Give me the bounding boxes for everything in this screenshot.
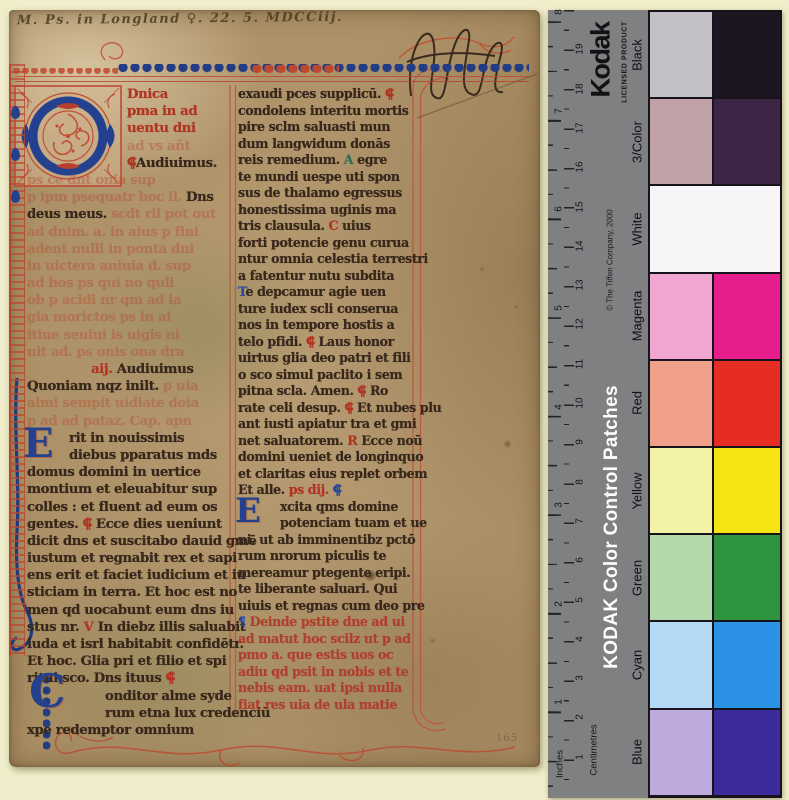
text-segment: honestissima uginis ma xyxy=(238,202,396,217)
manuscript-text-line: rate celi desup. ⸿ Et nubes plu xyxy=(238,400,424,417)
cm-number: 9 xyxy=(575,440,586,446)
text-segment: Dns ituus xyxy=(94,671,166,686)
text-segment: a fatentur nutu subdita xyxy=(238,268,394,283)
manuscript-text-line: potenciam tuam et ue xyxy=(280,515,424,532)
manuscript-text-line: domus domini in uertice xyxy=(27,464,239,481)
text-segment: C xyxy=(328,218,342,233)
inch-ticks-quarter xyxy=(548,10,553,798)
manuscript-text-line: condolens interitu mortis xyxy=(238,103,424,120)
manuscript-text-line: Et alle. ps dij. ⸿ xyxy=(238,482,424,499)
manuscript-text-line: te liberante saluari. Qui xyxy=(238,581,424,598)
manuscript-text-line: p ipm psequatr hoc il. Dns xyxy=(27,189,239,206)
text-segment: egre xyxy=(357,152,387,167)
text-segment: uirtus glia deo patri et fili xyxy=(238,350,411,365)
text-segment: net saluatorem. xyxy=(238,433,347,448)
patch-row-green xyxy=(650,535,780,620)
manuscript-text-line: tris clausula. C uius xyxy=(238,218,424,235)
text-segment: itiue seuiui is uigis ni xyxy=(27,328,179,343)
text-segment: ⸿ xyxy=(127,156,136,171)
text-segment: R xyxy=(347,433,361,448)
text-segment: Et nubes plu xyxy=(357,400,441,415)
manuscript-text-line: exaudi pces supplicū. ⸿ xyxy=(238,86,424,103)
patch-row-red xyxy=(650,361,780,446)
manuscript-text-line: sticiam in terra. Et hoc est no xyxy=(27,584,239,601)
text-segment: uiuis et regnas cum deo pre xyxy=(238,598,425,613)
color-patch-green-saturated xyxy=(714,535,780,620)
text-segment: exaudi pces supplicū. xyxy=(238,86,385,101)
stain xyxy=(514,304,519,309)
text-segment: ad hos ps qui no quli xyxy=(27,276,174,291)
cm-number: 11 xyxy=(575,358,586,368)
blue-border-ornament xyxy=(11,190,20,203)
text-segment: dicit dns et suscitabo dauid gmē xyxy=(27,534,257,549)
color-patch-red-tint xyxy=(650,361,712,446)
text-segment: men qd uocabunt eum dns iu xyxy=(27,603,234,618)
top-flourish xyxy=(101,37,514,60)
illuminated-initial-e: E xyxy=(23,424,54,464)
color-patch-grid xyxy=(648,10,782,798)
cm-number: 16 xyxy=(575,162,586,173)
text-segment: gentes. xyxy=(27,517,83,532)
blue-border-ornament xyxy=(11,148,20,161)
cm-number: 4 xyxy=(575,636,586,642)
manuscript-text-line: mereamur ptegente eripi. xyxy=(238,565,424,582)
manuscript-text-line: reis remedium. A egre xyxy=(238,152,424,169)
patch-label-green: Green xyxy=(630,560,645,596)
manuscript-text-line: fiat res uia de ula matie xyxy=(238,697,424,714)
manuscript-text-line: stus nr. V In diebz illis saluabit xyxy=(27,619,239,636)
text-segment: diebus pparatus mds xyxy=(69,448,217,463)
manuscript-text-line: ntur omnia celestia terrestri xyxy=(238,251,424,268)
text-segment: scdt ril pot out xyxy=(111,207,216,222)
color-patch-black-saturated xyxy=(714,12,780,97)
manuscript-text-line: gentes. ⸿ Ecce dies ueniunt xyxy=(27,516,239,533)
text-segment: o sco simul paclito i sem xyxy=(238,367,402,382)
text-segment: ⸿ xyxy=(344,400,357,415)
color-patch-blue-saturated xyxy=(714,710,780,795)
illuminated-initial-c: C xyxy=(29,668,66,714)
manuscript-text-line: dicit dns et suscitabo dauid gmē xyxy=(27,533,239,550)
inches-label: Inches xyxy=(555,750,566,778)
text-segment: mereamur ptegente eripi. xyxy=(238,565,410,580)
cm-number: 2 xyxy=(575,715,586,721)
text-segment: ad vs añt xyxy=(127,139,190,154)
manuscript-text-line: ture iudex scli conserua xyxy=(238,301,424,318)
blue-border-ornament xyxy=(11,106,20,119)
cm-number: 17 xyxy=(575,122,586,133)
color-patch-cyan-tint xyxy=(650,622,712,707)
text-segment: Quoniam nqz inilt. xyxy=(27,379,163,394)
text-segment: V xyxy=(84,620,98,635)
text-segment: tris clausula. xyxy=(238,218,328,233)
manuscript-text-line: uentu dni xyxy=(127,120,239,137)
text-segment: reis remedium. xyxy=(238,152,344,167)
manuscript-text-line: pma in ad xyxy=(127,103,239,120)
text-segment: nit ad. ps onis ona dra xyxy=(27,345,184,360)
color-patch-3/color-tint xyxy=(650,99,712,184)
cm-number: 1 xyxy=(575,754,586,760)
text-segment: p uia xyxy=(163,379,198,394)
manuscript-text-line: onditor alme syde xyxy=(105,688,239,705)
stain xyxy=(429,638,436,644)
text-segment: p ipm psequatr hoc il. xyxy=(27,190,186,205)
cm-number: 13 xyxy=(575,280,586,291)
manuscript-text-line: net saluatorem. R Ecce noū xyxy=(238,433,424,450)
text-segment: adiu qd psit in nobis et te xyxy=(238,664,408,679)
text-segment: iuda et isrl habitabit confidētr. xyxy=(27,637,244,652)
text-segment: Ecce dies ueniunt xyxy=(96,517,222,532)
patch-label-yellow: Yellow xyxy=(630,472,645,509)
cm-ticks-half xyxy=(564,10,569,798)
manuscript-text-line: almi sempit uidiate doia xyxy=(27,395,239,412)
licensed-product-label: LICENSED PRODUCT xyxy=(622,21,629,103)
color-patch-3/color-saturated xyxy=(714,99,780,184)
manuscript-text-line: itiue seuiui is uigis ni xyxy=(27,327,239,344)
cm-number: 14 xyxy=(575,240,586,251)
color-patch-green-tint xyxy=(650,535,712,620)
inch-number: 7 xyxy=(554,108,565,114)
text-segment: onditor alme syde xyxy=(105,689,232,704)
text-segment: nos in tempore hostis a xyxy=(238,317,394,332)
manuscript-text-line: ad dnim. a. in aius p fini xyxy=(27,224,239,241)
manuscript-page: M. Ps. in Longland ♀. 22. 5. MDCCiij. Dn… xyxy=(9,10,540,767)
text-segment: domus domini in uertice xyxy=(27,465,201,480)
manuscript-text-line: nebis eam. uat ipsi nulla xyxy=(238,680,424,697)
cm-number: 3 xyxy=(575,675,586,681)
patch-row-white xyxy=(650,186,780,271)
color-patch-red-saturated xyxy=(714,361,780,446)
manuscript-text-line: colles : et fluent ad eum os xyxy=(27,499,239,516)
manuscript-text-line: dum langwidum donās xyxy=(238,136,424,153)
manuscript-text-line: forti potencie genu curua xyxy=(238,235,424,252)
manuscript-text-line: rit in nouissimis xyxy=(69,430,239,447)
manuscript-text-line: o sco simul paclito i sem xyxy=(238,367,424,384)
text-segment: domini ueniet de longinquo xyxy=(238,449,423,464)
patch-row-blue xyxy=(650,710,780,795)
manuscript-text-line: sus de thalamo egressus xyxy=(238,185,424,202)
text-segment: condolens interitu mortis xyxy=(238,103,408,118)
manuscript-text-line: xpe redemptor omnium xyxy=(27,722,239,739)
text-segment: ps dij. xyxy=(289,482,333,497)
text-segment: dum langwidum donās xyxy=(238,136,390,151)
text-segment: in uictera aniuia d. sup xyxy=(27,259,191,274)
text-segment: Audiuimus xyxy=(117,362,194,377)
text-segment: adent nulli in ponta dni xyxy=(27,242,194,257)
text-segment: ⸿ xyxy=(166,671,175,686)
stain xyxy=(479,266,485,272)
text-segment: te liberante saluari. Qui xyxy=(238,581,397,596)
cm-number: 15 xyxy=(575,201,586,212)
text-segment: xcita qms domine xyxy=(280,499,398,514)
kodak-color-control-target: Kodak LICENSED PRODUCT © The Tiffen Comp… xyxy=(548,10,782,798)
cm-number: 10 xyxy=(575,397,586,408)
patch-label-3-color: 3/Color xyxy=(630,121,645,163)
manuscript-text-line: gia morictos ps in ai xyxy=(27,309,239,326)
text-segment: gia morictos ps in ai xyxy=(27,310,171,325)
manuscript-middle-column: exaudi pces supplicū. ⸿condolens interit… xyxy=(238,86,424,713)
text-segment: forti potencie genu curua xyxy=(238,235,409,250)
patch-row-cyan xyxy=(650,622,780,707)
manuscript-text-line: aij. Audiuimus xyxy=(91,361,239,378)
text-segment: A xyxy=(344,152,357,167)
inch-number: 3 xyxy=(554,502,565,508)
manuscript-text-line: adiu qd psit in nobis et te xyxy=(238,664,424,681)
text-segment: potenciam tuam et ue xyxy=(280,515,427,530)
manuscript-text-line: Quoniam nqz inilt. p uia xyxy=(27,378,239,395)
text-segment: uius xyxy=(342,218,371,233)
manuscript-text-line: ps ce dnt onia sup xyxy=(27,172,239,189)
text-segment: te mundi uespe uti spon xyxy=(238,169,400,184)
manuscript-text-line: in uictera aniuia d. sup xyxy=(27,258,239,275)
manuscript-text-line: Dnica xyxy=(127,86,239,103)
text-segment: e depcamur agie uen xyxy=(246,284,386,299)
text-segment: Ecce noū xyxy=(361,433,422,448)
inch-number: 6 xyxy=(554,207,565,213)
text-segment: ⸿ xyxy=(306,334,319,349)
manuscript-text-line: rum nrorum piculis te xyxy=(238,548,424,565)
patch-label-blue: Blue xyxy=(630,739,645,765)
kodak-logo: Kodak xyxy=(586,22,617,97)
text-segment: et claritas eius replet orbem xyxy=(238,466,427,481)
manuscript-text-line: et claritas eius replet orbem xyxy=(238,466,424,483)
copyright-text: © The Tiffen Company, 2000 xyxy=(606,209,615,311)
text-segment: ⸿ xyxy=(333,482,342,497)
patch-label-magenta: Magenta xyxy=(630,291,645,342)
text-segment: pitna scla. Amen. xyxy=(238,383,357,398)
text-segment: ¶ xyxy=(238,614,250,629)
text-segment: Deinde pstite dne ad ui xyxy=(250,614,405,629)
manuscript-text-line: ad matut hoc scilz ut p ad xyxy=(238,631,424,648)
manuscript-text-line: ad hos ps qui no quli xyxy=(27,275,239,292)
inch-number: 4 xyxy=(554,404,565,410)
patch-row-magenta xyxy=(650,274,780,359)
text-segment: Dns xyxy=(186,190,214,205)
text-segment: pmo a. que estis uos oc xyxy=(238,647,393,662)
color-patch-black-tint xyxy=(650,12,712,97)
color-patch-magenta-tint xyxy=(650,274,712,359)
text-segment: In diebz illis saluabit xyxy=(98,620,246,635)
manuscript-text-line: telo pfidi. ⸿ Laus honor xyxy=(238,334,424,351)
manuscript-text-line: xcita qms domine xyxy=(280,499,424,516)
centimetres-label: Centimetres xyxy=(589,724,600,775)
text-segment: rate celi desup. xyxy=(238,400,344,415)
text-segment: colles : et fluent ad eum os xyxy=(27,500,217,515)
text-segment: sus de thalamo egressus xyxy=(238,185,402,200)
text-segment: ob p acidi nr qm ad ia xyxy=(27,293,181,308)
archival-photograph: M. Ps. in Longland ♀. 22. 5. MDCCiij. Dn… xyxy=(0,0,789,800)
color-patch-yellow-saturated xyxy=(714,448,780,533)
manuscript-text-line: rum etna lux credenciū xyxy=(105,705,239,722)
cm-number: 6 xyxy=(575,557,586,563)
cm-number: 8 xyxy=(575,479,586,485)
text-segment: fiat res uia de ula matie xyxy=(238,697,397,712)
cm-number: 5 xyxy=(575,597,586,603)
cm-number: 7 xyxy=(575,518,586,524)
manuscript-text-line: iustum et regnabit rex et sapi xyxy=(27,550,239,567)
manuscript-text-line: montium et eleuabitur sup xyxy=(27,481,239,498)
manuscript-text-line: domini ueniet de longinquo xyxy=(238,449,424,466)
folio-number: 165 xyxy=(496,733,518,744)
manuscript-text-line: ad vs añt xyxy=(127,138,239,155)
inch-number: 8 xyxy=(554,9,565,15)
manuscript-text-line: pitna scla. Amen. ⸿ Ro xyxy=(238,383,424,400)
text-segment: ens erit et faciet iudicium et iu xyxy=(27,568,246,583)
color-patch-white xyxy=(650,186,780,271)
text-segment: ps ce dnt onia sup xyxy=(27,173,155,188)
manuscript-text-line: ob p acidi nr qm ad ia xyxy=(27,292,239,309)
text-segment: ⸿ xyxy=(83,517,96,532)
manuscript-text-line: men qd uocabunt eum dns iu xyxy=(27,602,239,619)
manuscript-text-line: uirtus glia deo patri et fili xyxy=(238,350,424,367)
text-segment: telo pfidi. xyxy=(238,334,306,349)
manuscript-text-line: Te depcamur agie uen xyxy=(238,284,424,301)
stain xyxy=(503,440,512,448)
strip-title: KODAK Color Control Patches xyxy=(601,385,623,669)
text-segment: sticiam in terra. Et hoc est no xyxy=(27,585,237,600)
patch-label-white: White xyxy=(630,212,645,245)
text-segment: pire sclm saluasti mun xyxy=(238,119,390,134)
cm-number: 18 xyxy=(575,83,586,94)
manuscript-text-line: ¶ Deinde pstite dne ad ui xyxy=(238,614,424,631)
patch-label-black: Black xyxy=(630,39,645,71)
manuscript-text-line: ant iusti apiatur tra et gmi xyxy=(238,416,424,433)
manuscript-text-line: uiuis et regnas cum deo pre xyxy=(238,598,424,615)
text-segment: stus nr. xyxy=(27,620,84,635)
manuscript-text-line: ni. ut ab imminentibz pctō xyxy=(238,532,424,549)
text-segment: ⸿ xyxy=(385,86,394,101)
manuscript-text-line: p ad ad pataz. Cap. apn xyxy=(27,413,239,430)
cm-number: 12 xyxy=(575,319,586,330)
text-segment: ture iudex scli conserua xyxy=(238,301,398,316)
color-patch-magenta-saturated xyxy=(714,274,780,359)
text-segment: Audiuimus. xyxy=(136,156,217,171)
text-segment: ntur omnia celestia terrestri xyxy=(238,251,428,266)
manuscript-text-line: deus meus. scdt ril pot out xyxy=(27,206,239,223)
text-segment: montium et eleuabitur sup xyxy=(27,482,217,497)
manuscript-text-line: te mundi uespe uti spon xyxy=(238,169,424,186)
patch-row-3-color xyxy=(650,99,780,184)
patch-label-red: Red xyxy=(630,391,645,415)
text-segment: ad dnim. a. in aius p fini xyxy=(27,225,199,240)
patch-row-yellow xyxy=(650,448,780,533)
manuscript-text-line: honestissima uginis ma xyxy=(238,202,424,219)
text-segment: aij. xyxy=(91,362,117,377)
text-segment: xpe redemptor omnium xyxy=(27,723,194,738)
text-segment: uentu dni xyxy=(127,121,196,136)
patch-row-black xyxy=(650,12,780,97)
manuscript-text-line: diebus pparatus mds xyxy=(69,447,239,464)
inch-number: 2 xyxy=(554,601,565,607)
text-segment: ad matut hoc scilz ut p ad xyxy=(238,631,411,646)
illuminated-initial-e: E xyxy=(235,494,261,528)
manuscript-text-line: ⸿Audiuimus. xyxy=(127,155,239,172)
inch-number: 5 xyxy=(554,305,565,311)
color-patch-blue-tint xyxy=(650,710,712,795)
color-patch-yellow-tint xyxy=(650,448,712,533)
text-segment: T xyxy=(238,284,246,299)
text-segment: rum nrorum piculis te xyxy=(238,548,386,563)
text-segment: rit in nouissimis xyxy=(69,431,184,446)
manuscript-text-line: iuda et isrl habitabit confidētr. xyxy=(27,636,239,653)
text-segment: Dnica xyxy=(127,87,168,102)
text-segment: pma in ad xyxy=(127,104,197,119)
text-segment: Laus honor xyxy=(318,334,393,349)
manuscript-text-line: nit ad. ps onis ona dra xyxy=(27,344,239,361)
patch-label-cyan: Cyan xyxy=(630,650,645,680)
manuscript-text-line: ens erit et faciet iudicium et iu xyxy=(27,567,239,584)
text-segment: iustum et regnabit rex et sapi xyxy=(27,551,237,566)
manuscript-left-column: Dnicapma in aduentu dniad vs añt⸿Audiuim… xyxy=(27,86,239,739)
text-segment: nebis eam. uat ipsi nulla xyxy=(238,680,402,695)
owner-inscription: M. Ps. in Longland ♀. 22. 5. MDCCiij. xyxy=(17,9,437,28)
text-segment: ⸿ xyxy=(357,383,370,398)
text-segment: ant iusti apiatur tra et gmi xyxy=(238,416,416,431)
cm-number: 19 xyxy=(575,44,586,55)
manuscript-text-line: pmo a. que estis uos oc xyxy=(238,647,424,664)
manuscript-text-line: a fatentur nutu subdita xyxy=(238,268,424,285)
text-segment: ni. ut ab imminentibz pctō xyxy=(238,532,415,547)
top-rule xyxy=(15,76,529,82)
manuscript-text-line: pire sclm saluasti mun xyxy=(238,119,424,136)
inch-number: 1 xyxy=(554,700,565,706)
manuscript-text-line: nos in tempore hostis a xyxy=(238,317,424,334)
text-segment: Ro xyxy=(370,383,388,398)
text-segment: almi sempit uidiate doia xyxy=(27,396,199,411)
color-patch-cyan-saturated xyxy=(714,622,780,707)
text-segment: deus meus. xyxy=(27,207,111,222)
manuscript-text-line: adent nulli in ponta dni xyxy=(27,241,239,258)
